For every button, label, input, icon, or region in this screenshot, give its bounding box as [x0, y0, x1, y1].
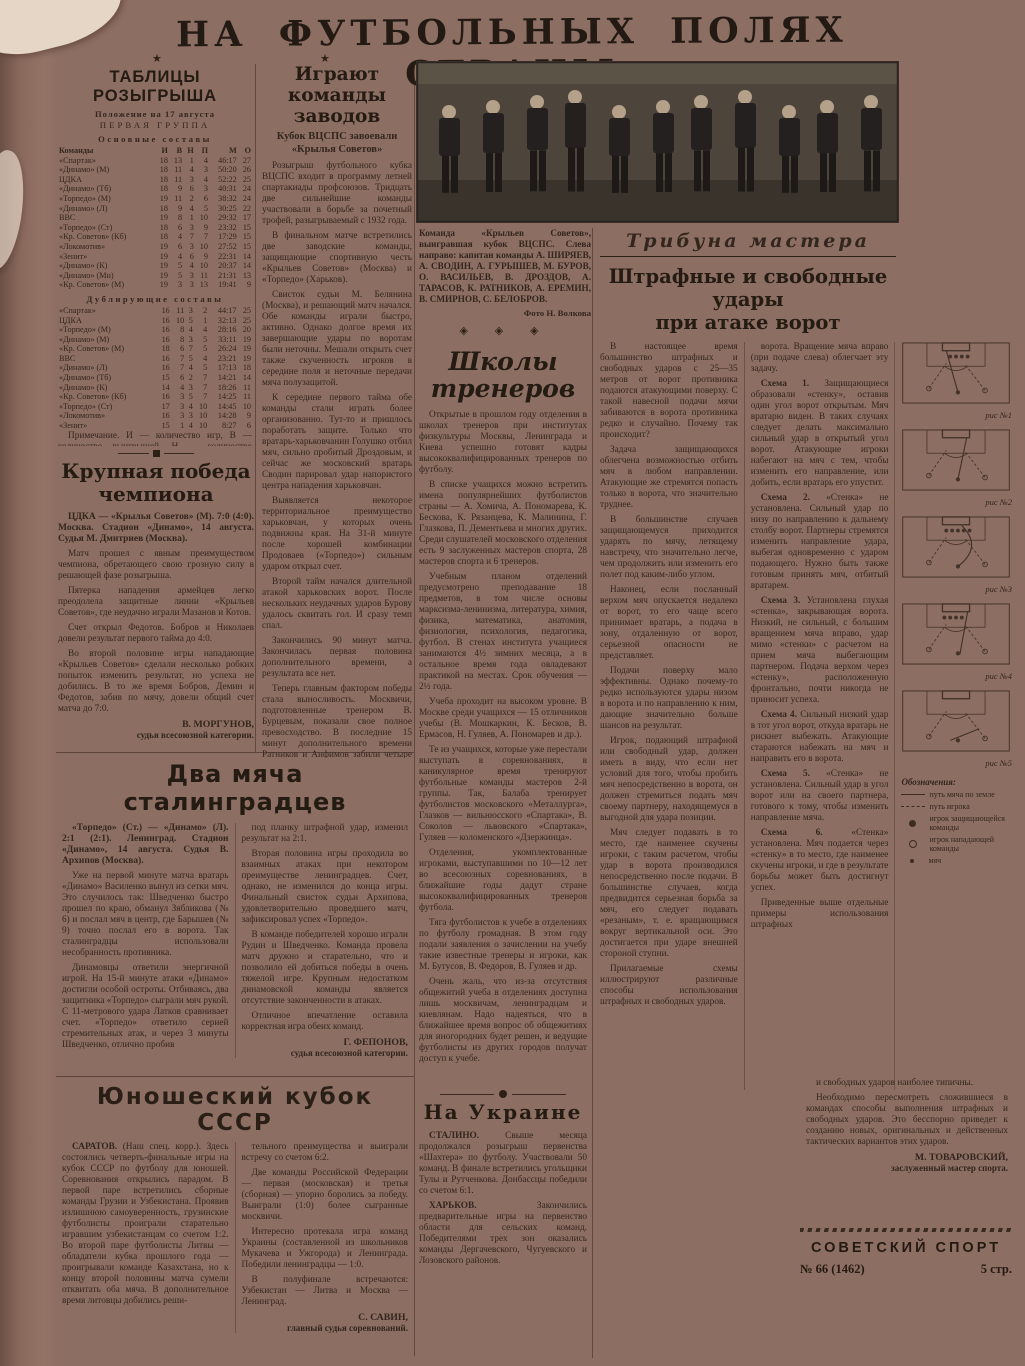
article-paragraph: Схема 3. Установлена глухая «стенка», за… — [751, 596, 889, 706]
table-note: Примечание. И — количество игр, В — коли… — [58, 431, 252, 446]
section-divider — [56, 1076, 414, 1077]
match-stats-lead: ЦДКА — «Крылья Советов» (М). 7:0 (4:0). … — [58, 512, 254, 545]
paper-footer: СОВЕТСКИЙ СПОРТ № 66 (1462) 5 стр. — [800, 1228, 1012, 1277]
tribune-col2: ворота. Вращение мяча вправо (при подаче… — [745, 342, 896, 1090]
table-row: «Зенит»1514108:276 — [58, 421, 252, 431]
tribune-columns: В настоящее время большинство штрафных и… — [600, 342, 1012, 1090]
column-divider — [592, 228, 593, 1358]
article-paragraph: Закончились 90 минут матча. Закончилась … — [262, 636, 412, 680]
ground-path-line-icon — [901, 794, 925, 795]
legend-label: игрок защищающейся команды — [929, 814, 1012, 832]
figure-label: рис №4 — [901, 671, 1012, 681]
article-paragraph: Схема 1. Защищающиеся образовали «стенку… — [751, 379, 889, 489]
figure-label: рис №5 — [901, 758, 1012, 768]
figure-label: рис №1 — [901, 410, 1012, 420]
article-paragraph: Две команды Российской Федерации — перва… — [242, 1168, 409, 1223]
table-row: «Кр. Советов» (Кб)1635714:2511 — [58, 392, 252, 402]
schools-title-line1: Школы — [448, 348, 557, 376]
article-paragraph: СТАЛИНО. Свыше месяца продолжался розыгр… — [419, 1131, 587, 1197]
ukraine-article: На Украине СТАЛИНО. Свыше месяца продолж… — [419, 1096, 587, 1360]
main-squads-caption: Основные составы — [58, 134, 252, 144]
table-row: «Динамо» (Л)1674517:1318 — [58, 363, 252, 373]
youth-cup-article: Юношеский кубок СССР САРАТОВ. (Наш спец.… — [56, 1082, 414, 1362]
schools-title: Школы тренеров — [419, 348, 587, 402]
article-paragraph: Подачи поверху мало эффективны. Однако п… — [600, 666, 738, 732]
article-paragraph: Свисток судьи М. Белянина (Москва), и ре… — [262, 290, 412, 389]
table-row: «Динамо» (К)19541020:3714 — [58, 261, 252, 271]
legend-item: путь мяча по земле — [901, 790, 1012, 799]
article-paragraph: Динамовцы ответили энергичной игрой. На … — [62, 963, 229, 1051]
figure-label: рис №3 — [901, 584, 1012, 594]
column-header: М — [209, 146, 238, 156]
article-paragraph: Розыгрыш футбольного кубка ВЦСПС входит … — [262, 161, 412, 227]
legend-item: мяч — [901, 856, 1012, 865]
tactical-scheme-figure: рис №2 — [901, 429, 1012, 507]
player-path-line-icon — [901, 806, 925, 807]
champion-title-line1: Крупная победа — [61, 459, 250, 483]
legend-item: игрок нападающей команды — [901, 835, 1012, 853]
youth-cup-columns: САРАТОВ. (Наш спец. корр.). Здесь состоя… — [56, 1142, 414, 1333]
author-signature: Г. ФЕПОНОВ, — [242, 1037, 409, 1048]
column-header: П — [195, 146, 209, 156]
article-paragraph: Мяч следует подавать в то место, где наи… — [600, 828, 738, 960]
table-row: «Динамо» (Тб)1562714:2114 — [58, 373, 252, 383]
tribune-closing: и свободных ударов наиболее типичны.Необ… — [806, 1078, 1008, 1173]
article-paragraph: Уже на первой минуте матча вратарь «Дина… — [62, 871, 229, 959]
article-paragraph: Прилагаемые схемы иллюстрируют различные… — [600, 964, 738, 1008]
article-paragraph: Задача защищающихся облегчена возможност… — [600, 445, 738, 511]
ukraine-title: На Украине — [419, 1100, 587, 1124]
legend-label: путь игрока — [929, 802, 969, 811]
article-paragraph: Выявляется некоторое территориальное пре… — [262, 496, 412, 573]
article-paragraph: Пятерка нападения армейцев легко преодол… — [58, 586, 254, 619]
article-paragraph: Вторая половина игры проходила во взаимн… — [242, 849, 409, 926]
table-row: «Кр. Советов» (М)1867526:2419 — [58, 344, 252, 354]
article-paragraph: Необходимо пересмотреть сложившиеся в ко… — [806, 1093, 1008, 1148]
tribune-rubric: Трибуна мастера — [600, 230, 896, 257]
factories-subtitle: Кубок ВЦСПС завоевали «Крылья Советов» — [262, 131, 412, 156]
article-paragraph: Открытые в прошлом году отделения в школ… — [419, 410, 587, 476]
tactical-scheme-figure: рис №5 — [901, 690, 1012, 768]
stalingrad-title: Два мяча сталинградцев — [56, 760, 414, 816]
article-paragraph: Схема 5. «Стенка» не установлена. Сильны… — [751, 769, 889, 824]
schools-title-line2: тренеров — [431, 374, 576, 403]
tactical-scheme-figure: рис №1 — [901, 342, 1012, 420]
tribune-title-line2: при атаке ворот — [655, 311, 840, 334]
author-role: главный судья соревнований. — [242, 1323, 409, 1333]
article-paragraph: В команде победителей хорошо играли Руди… — [242, 930, 409, 1007]
defender-dot-icon — [909, 820, 916, 827]
tribune-title-line1: Штрафные и свободные удары — [609, 265, 888, 311]
stalingrad-col1: «Торпедо» (Ст.) — «Динамо» (Л). 2:1 (2:1… — [56, 823, 236, 1058]
table-row: «Динамо» (М)1683533:1119 — [58, 335, 252, 345]
standings-title: ТАБЛИЦЫ РОЗЫГРЫША — [58, 68, 252, 106]
legend-label: мяч — [928, 856, 941, 865]
stalingrad-columns: «Торпедо» (Ст.) — «Динамо» (Л). 2:1 (2:1… — [56, 823, 414, 1058]
article-paragraph: Отделения, укомплектованные игроками, вы… — [419, 848, 587, 914]
article-paragraph: ворота. Вращение мяча вправо (при подаче… — [751, 342, 889, 375]
table-row: «Торпедо» (Ст)17341014:4510 — [58, 402, 252, 412]
reserve-standings-table: «Спартак»16113244:1725ЦДКА16105132:1325«… — [58, 306, 252, 431]
table-row: «Зенит»1946922:3114 — [58, 252, 252, 262]
article-paragraph: Схема 6. «Стенка» установлена. Мяч подае… — [751, 828, 889, 894]
legend-title: Обозначения: — [901, 777, 1012, 787]
diamond-ornament: ◈ ◈ ◈ — [419, 324, 591, 337]
table-row: ВВС19811029:3217 — [58, 213, 252, 223]
table-row: «Спартак»18131446:1727 — [58, 156, 252, 166]
article-paragraph: Второй тайм начался длительной атакой ха… — [262, 577, 412, 632]
article-paragraph: В настоящее время большинство штрафных и… — [600, 342, 738, 441]
article-paragraph: Теперь главным фактором победы стала вын… — [262, 684, 412, 758]
table-row: «Локомотив»19631027:5215 — [58, 242, 252, 252]
youth-col2: тельного преимущества и выиграли встречу… — [236, 1142, 415, 1333]
table-row: «Динамо» (М)18114350:2026 — [58, 165, 252, 175]
reserve-squads-caption: Дублирующие составы — [58, 294, 252, 304]
article-paragraph: ХАРЬКОВ. Закончились предварительные игр… — [419, 1201, 587, 1267]
factories-article: Играют команды заводов Кубок ВЦСПС завое… — [262, 64, 412, 758]
article-paragraph: В большинстве случаев защищающемуся прих… — [600, 515, 738, 581]
table-row: «Динамо» (Тб)1896340:3124 — [58, 184, 252, 194]
table-row: «Динамо» (Мн)19531121:3113 — [58, 271, 252, 281]
legend-item: путь игрока — [901, 802, 1012, 811]
wavy-rule — [800, 1228, 1012, 1232]
team-photo — [417, 62, 898, 222]
table-row: ВВС1675423:2119 — [58, 354, 252, 364]
article-paragraph: Во второй половине игры нападающие «Крыл… — [58, 649, 254, 715]
standings-section: ТАБЛИЦЫ РОЗЫГРЫША Положение на 17 август… — [58, 66, 252, 446]
tactical-scheme-figure: рис №4 — [901, 603, 1012, 681]
author-role: судья всесоюзной категории. — [58, 730, 254, 740]
youth-col1: САРАТОВ. (Наш спец. корр.). Здесь состоя… — [56, 1142, 236, 1333]
page-number: 5 стр. — [981, 1262, 1012, 1277]
column-header: Команды — [58, 146, 155, 156]
article-paragraph: и свободных ударов наиболее типичны. — [806, 1078, 1008, 1089]
column-divider — [414, 64, 415, 1356]
article-paragraph: Отличное впечатление оставила корректная… — [242, 1011, 409, 1033]
article-paragraph: Очень жаль, что из-за отсутствия общежит… — [419, 977, 587, 1065]
column-header: В — [169, 146, 183, 156]
ball-dot-icon — [910, 859, 914, 863]
table-row: «Динамо» (К)1443718:2611 — [58, 383, 252, 393]
table-row: «Кр. Советов» (Кб)1847717:2915 — [58, 232, 252, 242]
article-paragraph: Игрок, подающий штрафной или свободный у… — [600, 736, 738, 824]
table-row: «Локомотив»16331014:289 — [58, 411, 252, 421]
champion-title: Крупная победа чемпиона — [58, 460, 254, 506]
coach-schools-article: Школы тренеров Открытые в прошлом году о… — [419, 348, 587, 1086]
table-row: ЦДКА16105132:1325 — [58, 316, 252, 326]
tribune-col1: В настоящее время большинство штрафных и… — [600, 342, 745, 1090]
factories-title-line2: заводов — [294, 106, 381, 127]
article-paragraph: Схема 4. Сильный низкий удар в тот угол … — [751, 710, 889, 765]
scheme-legend: путь мяча по землепуть игрокаигрок защищ… — [901, 790, 1012, 865]
table-row: «Торпедо» (М)19112638:3224 — [58, 194, 252, 204]
legend-item: игрок защищающейся команды — [901, 814, 1012, 832]
factories-title-line1: Играют команды — [288, 64, 386, 106]
article-paragraph: В списке учащихся можно встретить имена … — [419, 480, 587, 568]
author-role: судья всесоюзной категории. — [242, 1048, 409, 1058]
legend-label: игрок нападающей команды — [929, 835, 1012, 853]
article-paragraph: Учебным планом отделений предусмотрено п… — [419, 572, 587, 693]
issue-number: № 66 (1462) — [800, 1262, 865, 1277]
article-paragraph: Интересно протекала игра команд Украины … — [242, 1227, 409, 1271]
champion-title-line2: чемпиона — [98, 482, 213, 506]
article-paragraph: Счет открыл Федотов. Бобров и Николаев д… — [58, 623, 254, 645]
article-paragraph: К середине первого тайма обе команды ста… — [262, 393, 412, 492]
table-row: «Торпедо» (М)1684428:1620 — [58, 325, 252, 335]
tribune-title: Штрафные и свободные удары при атаке вор… — [600, 265, 896, 334]
article-paragraph: Те из учащихся, которые уже перестали вы… — [419, 745, 587, 844]
table-row: «Торпедо» (Ст)1863923:3215 — [58, 223, 252, 233]
tactical-scheme-figure: рис №3 — [901, 516, 1012, 594]
star-ornament: ★ — [152, 52, 162, 65]
table-row: «Динамо» (Л)1894530:2522 — [58, 204, 252, 214]
match-stats-lead: «Торпедо» (Ст.) — «Динамо» (Л). 2:1 (2:1… — [62, 823, 229, 867]
standings-date: Положение на 17 августа — [58, 109, 252, 119]
photo-caption: Команда «Крыльев Советов», выигравшая ку… — [419, 228, 591, 305]
article-paragraph: Наконец, если посланный верхом мяч опуск… — [600, 585, 738, 662]
schools-body: Открытые в прошлом году отделения в школ… — [419, 410, 587, 1065]
article-paragraph: тельного преимущества и выиграли встречу… — [242, 1142, 409, 1164]
attacker-circle-icon — [909, 840, 917, 848]
author-signature: В. МОРГУНОВ, — [58, 719, 254, 730]
column-divider — [255, 64, 256, 752]
table-header-row: КомандыИВНПМО — [58, 146, 252, 156]
article-paragraph: Матч прошел с явным преимуществом чемпио… — [58, 549, 254, 582]
main-standings-table: КомандыИВНПМО «Спартак»18131446:1727«Дин… — [58, 146, 252, 290]
table-row: «Кр. Советов» (М)19331319:419 — [58, 280, 252, 290]
factories-body: Розыгрыш футбольного кубка ВЦСПС входит … — [262, 161, 412, 758]
standings-group: ПЕРВАЯ ГРУППА — [58, 120, 252, 130]
article-paragraph: В полуфинале встречаются: Узбекистан — Л… — [242, 1275, 409, 1308]
factories-subtitle-line1: Кубок ВЦСПС завоевали — [277, 131, 398, 142]
ukraine-body: СТАЛИНО. Свыше месяца продолжался розыгр… — [419, 1131, 587, 1267]
factories-subtitle-line2: «Крылья Советов» — [292, 144, 382, 155]
table-row: ЦДКА18113452:2225 — [58, 175, 252, 185]
column-header: О — [238, 146, 252, 156]
author-signature: С. САВИН, — [242, 1312, 409, 1323]
stalingrad-article: Два мяча сталинградцев «Торпедо» (Ст.) —… — [56, 758, 414, 1074]
article-paragraph: Приведенные выше отдельные примеры испол… — [751, 898, 889, 931]
newspaper-page: НА ФУТБОЛЬНЫХ ПОЛЯХ СТРАНЫ ★ ★ ТАБЛИЦЫ Р… — [0, 0, 1025, 1366]
article-paragraph: Тяга футболистов к учебе в отделениях по… — [419, 918, 587, 973]
article-paragraph: В финальном матче встретились две заводс… — [262, 231, 412, 286]
paper-name: СОВЕТСКИЙ СПОРТ — [800, 1240, 1012, 1256]
article-paragraph: Учеба проходит на высоком уровне. В Моск… — [419, 697, 587, 741]
article-paragraph: под планку штрафной удар, изменил резуль… — [242, 823, 409, 845]
column-header: Н — [183, 146, 195, 156]
square-ornament — [118, 450, 194, 457]
legend-label: путь мяча по земле — [929, 790, 994, 799]
youth-cup-title: Юношеский кубок СССР — [56, 1084, 414, 1136]
photo-credit: Фото Н. Волкова — [419, 308, 591, 318]
author-role: заслуженный мастер спорта. — [806, 1163, 1008, 1173]
tribune-figures-column: рис №1рис №2рис №3рис №4рис №5 Обозначен… — [895, 342, 1012, 1090]
photo-caption-block: Команда «Крыльев Советов», выигравшая ку… — [419, 228, 591, 337]
champion-body: Матч прошел с явным преимуществом чемпио… — [58, 549, 254, 715]
article-paragraph: Схема 2. «Стенка» не установлена. Сильны… — [751, 493, 889, 592]
author-signature: М. ТОВАРОВСКИЙ, — [806, 1152, 1008, 1163]
article-paragraph: САРАТОВ. (Наш спец. корр.). Здесь состоя… — [62, 1142, 229, 1307]
champion-article: Крупная победа чемпиона ЦДКА — «Крылья С… — [58, 458, 254, 750]
column-header: И — [155, 146, 169, 156]
stalingrad-col2: под планку штрафной удар, изменил резуль… — [236, 823, 415, 1058]
table-row: «Спартак»16113244:1725 — [58, 306, 252, 316]
figure-label: рис №2 — [901, 497, 1012, 507]
factories-title: Играют команды заводов — [262, 64, 412, 127]
scheme-figures: рис №1рис №2рис №3рис №4рис №5 — [901, 342, 1012, 768]
